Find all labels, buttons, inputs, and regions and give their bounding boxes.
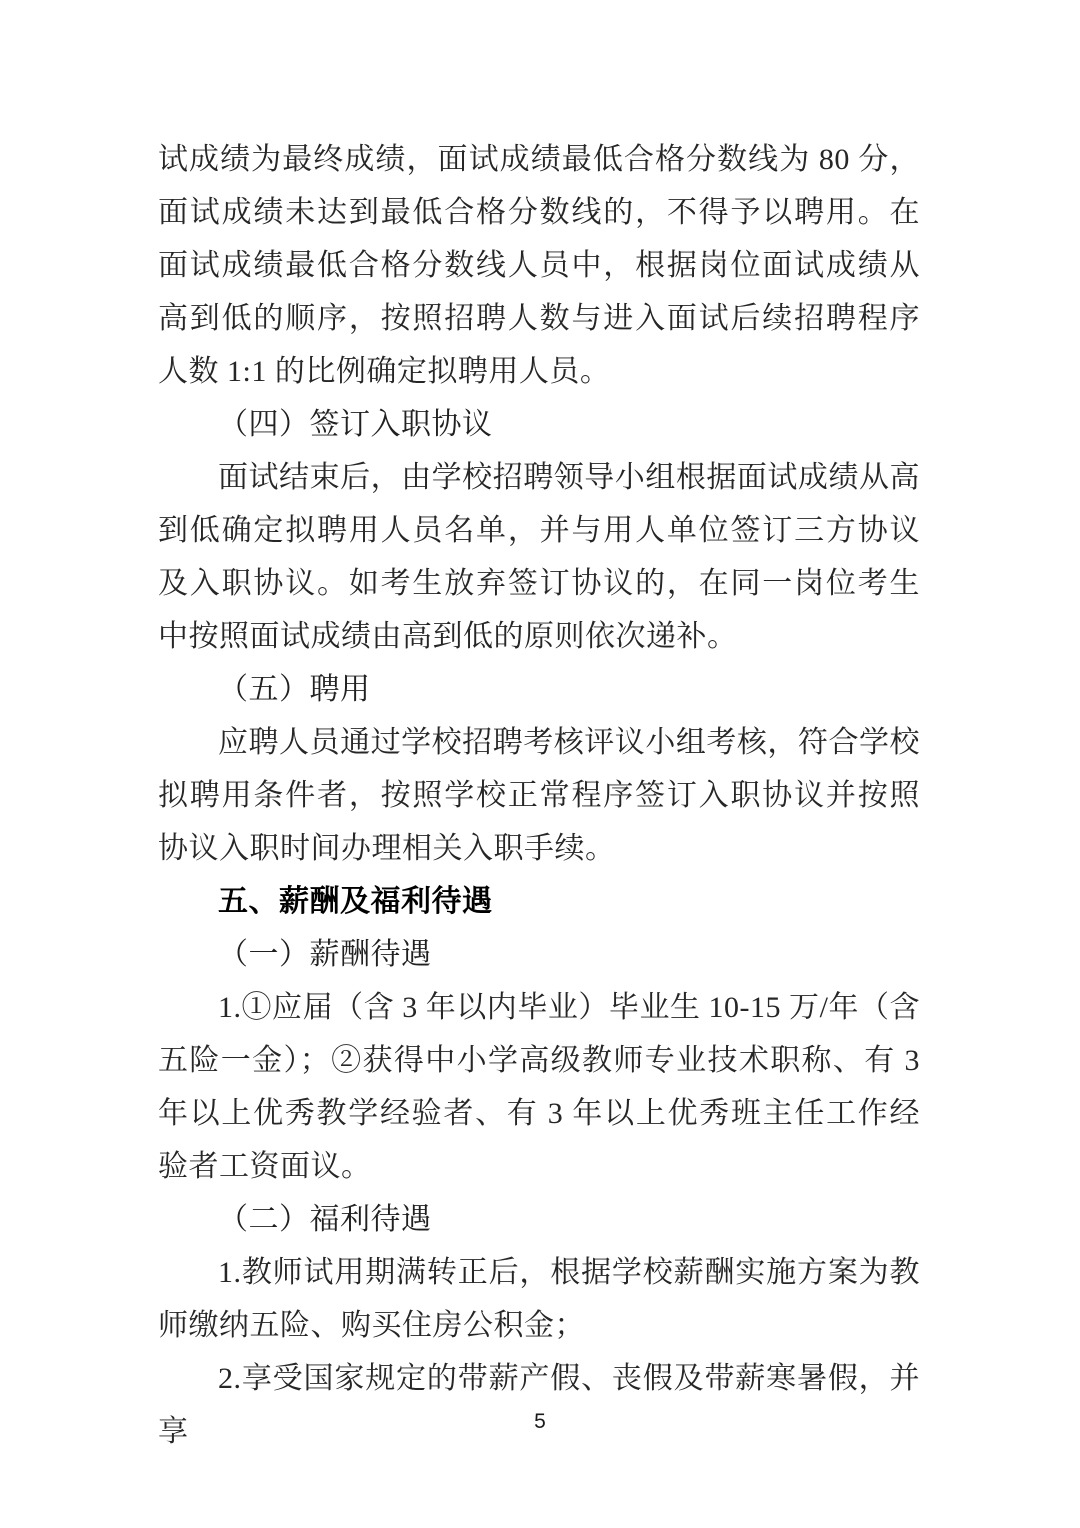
paragraph: 1.教师试用期满转正后，根据学校薪酬实施方案为教师缴纳五险、购买住房公积金； — [158, 1246, 920, 1352]
paragraph: 1.①应届（含 3 年以内毕业）毕业生 10-15 万/年（含五险一金）；②获得… — [158, 981, 920, 1193]
paragraph: 面试结束后，由学校招聘领导小组根据面试成绩从高到低确定拟聘用人员名单，并与用人单… — [158, 451, 920, 663]
paragraph: 应聘人员通过学校招聘考核评议小组考核，符合学校拟聘用条件者，按照学校正常程序签订… — [158, 716, 920, 875]
sub-heading: （五）聘用 — [158, 663, 920, 716]
paragraph: 2.享受国家规定的带薪产假、丧假及带薪寒暑假，并享 — [158, 1352, 920, 1458]
page-footer: 5 — [0, 1410, 1080, 1434]
sub-heading: （四）签订入职协议 — [158, 398, 920, 451]
document-text-block: 试成绩为最终成绩，面试成绩最低合格分数线为 80 分，面试成绩未达到最低合格分数… — [158, 133, 920, 1458]
page-number: 5 — [534, 1410, 546, 1433]
sub-heading: （一）薪酬待遇 — [158, 928, 920, 981]
document-page: 试成绩为最终成绩，面试成绩最低合格分数线为 80 分，面试成绩未达到最低合格分数… — [0, 0, 1080, 1528]
section-heading: 五、薪酬及福利待遇 — [158, 875, 920, 928]
paragraph: 试成绩为最终成绩，面试成绩最低合格分数线为 80 分，面试成绩未达到最低合格分数… — [158, 133, 920, 398]
sub-heading: （二）福利待遇 — [158, 1193, 920, 1246]
